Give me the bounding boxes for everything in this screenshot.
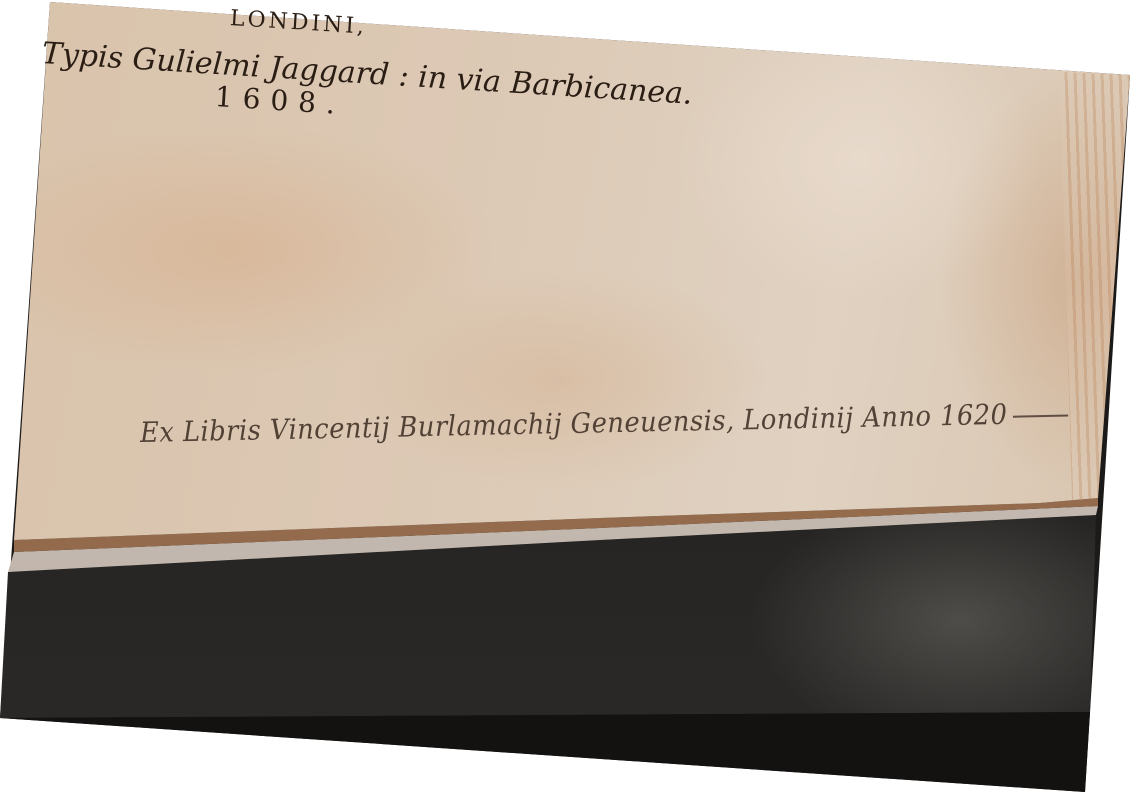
inscription-flourish [1013, 414, 1068, 417]
